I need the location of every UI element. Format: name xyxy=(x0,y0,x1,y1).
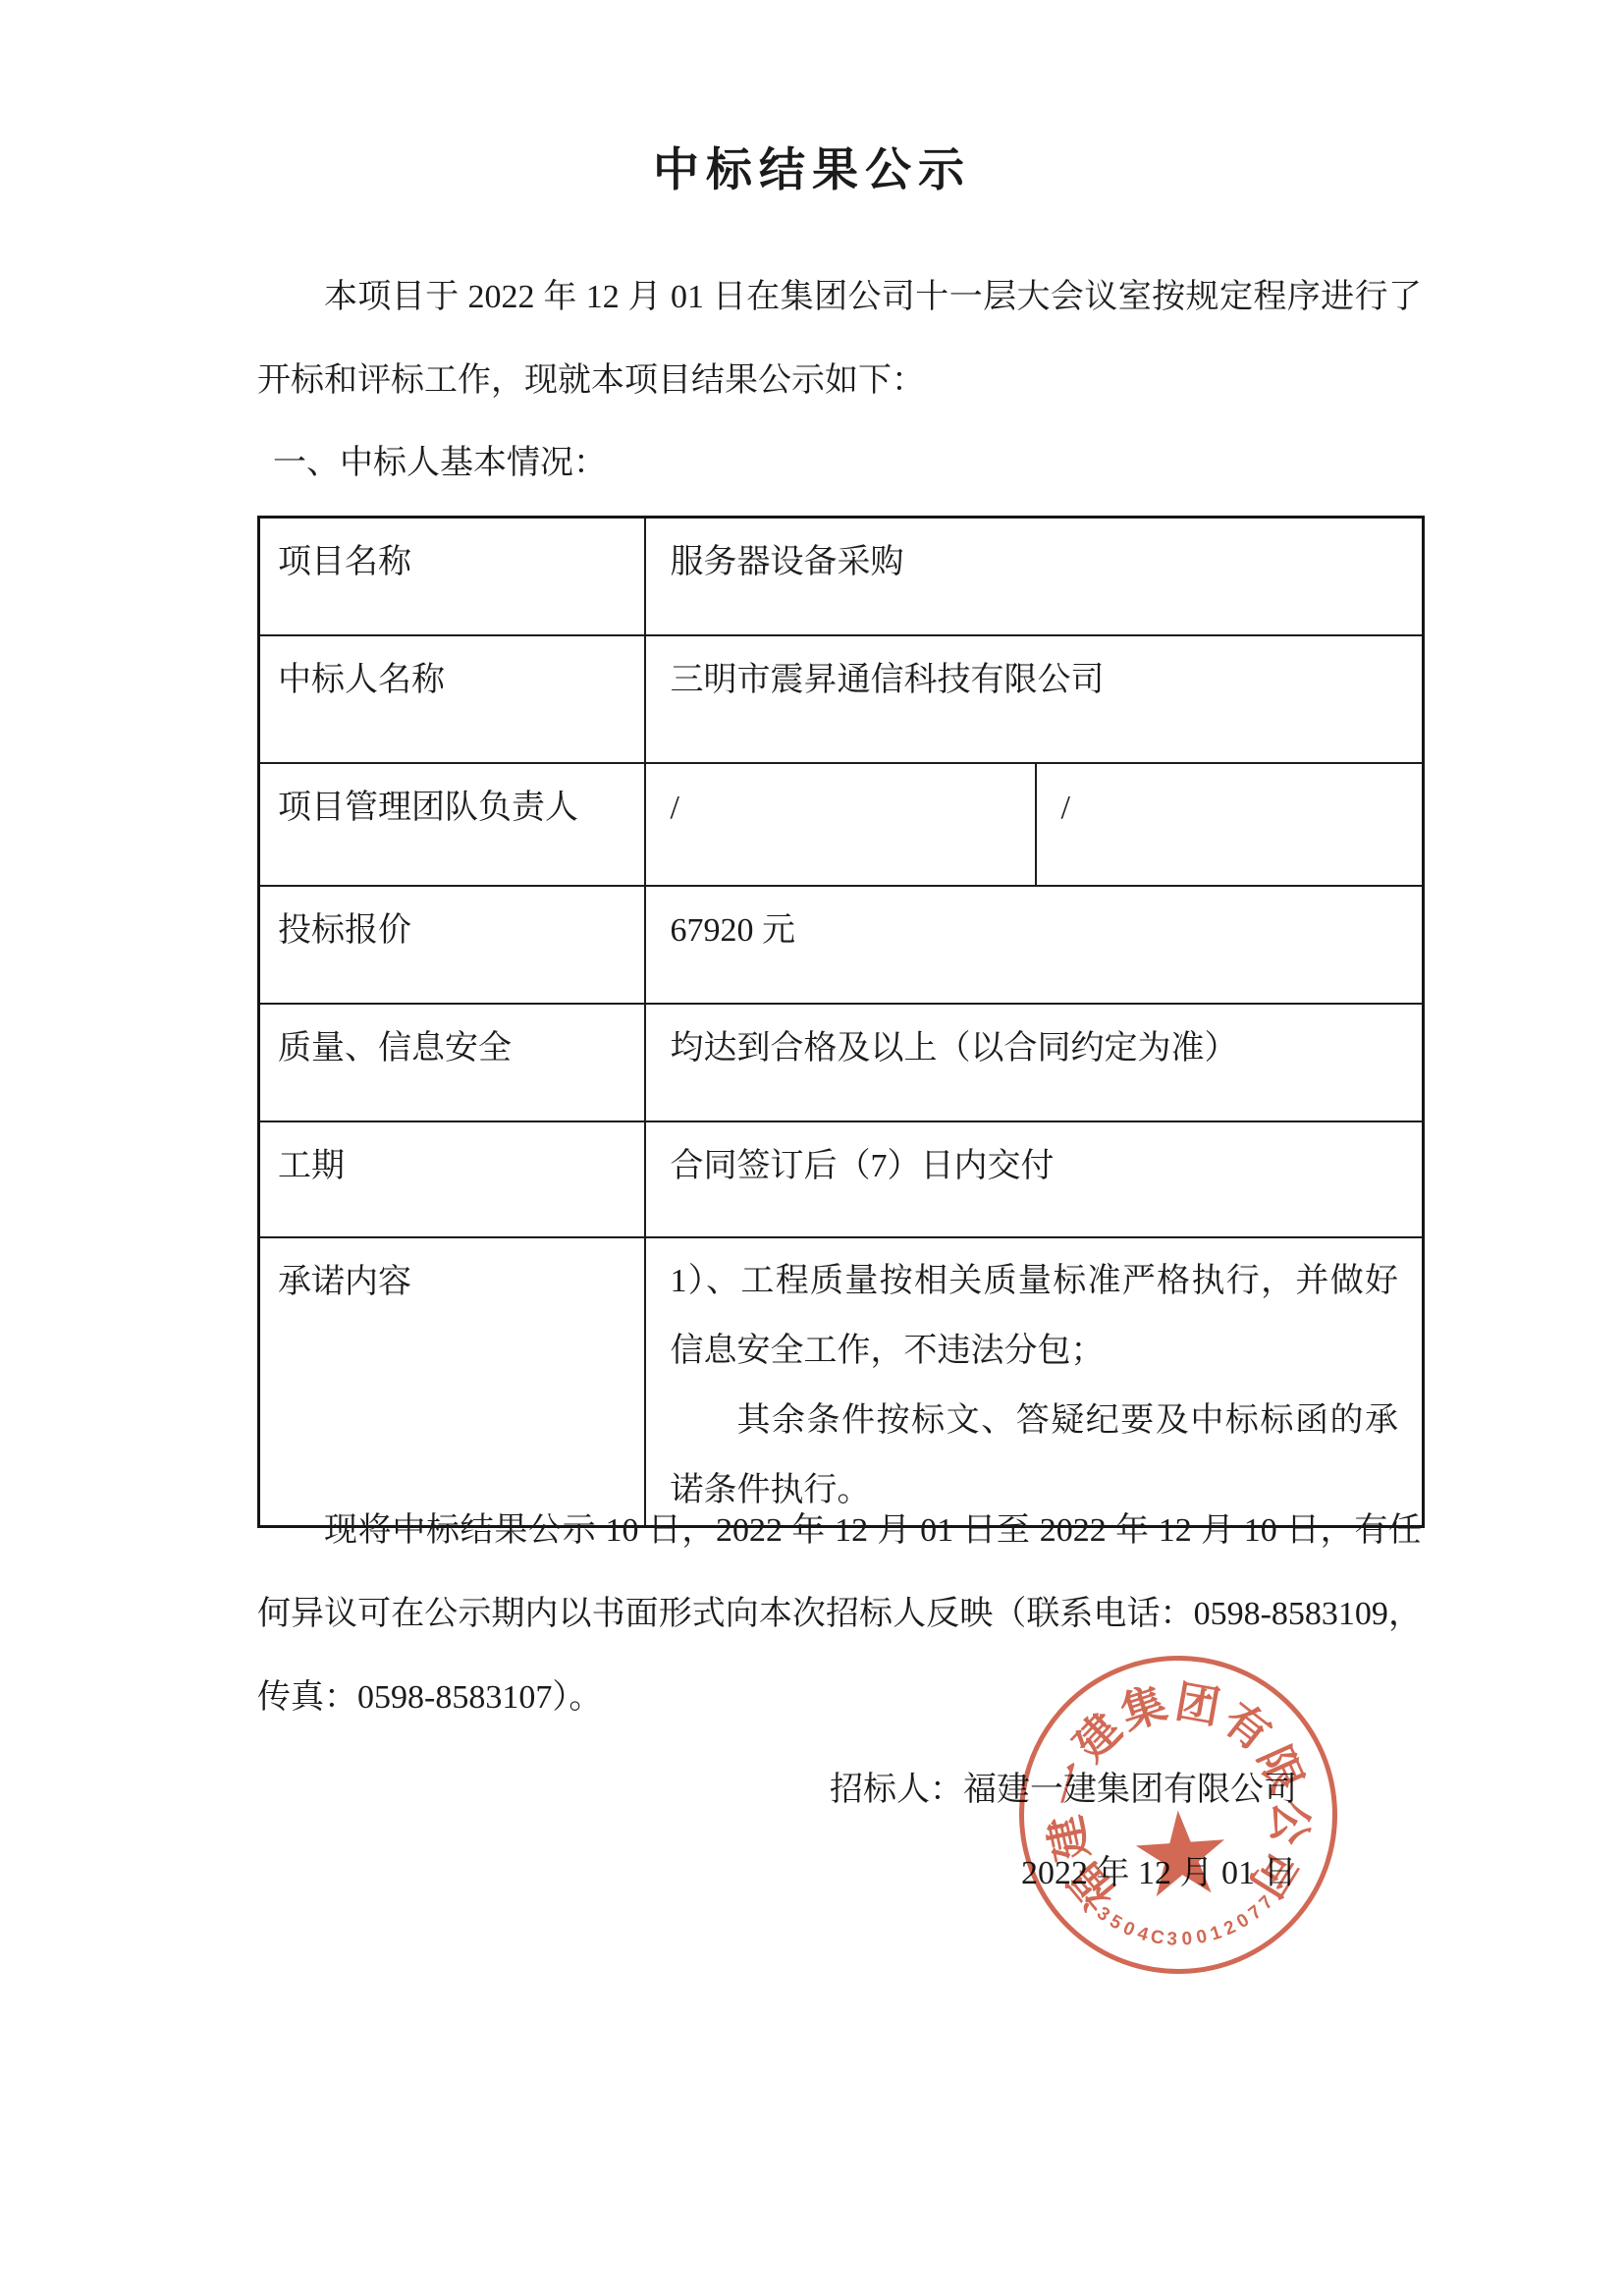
row-value: 均达到合格及以上（以合同约定为准） xyxy=(645,1004,1424,1121)
row-label: 工期 xyxy=(259,1121,645,1237)
row-value: 1）、工程质量按相关质量标准严格执行，并做好信息安全工作，不违法分包； 其余条件… xyxy=(645,1237,1424,1527)
row-label: 中标人名称 xyxy=(259,635,645,763)
table-row-duration: 工期 合同签订后（7）日内交付 xyxy=(259,1121,1424,1237)
row-value: 67920 元 xyxy=(645,886,1424,1004)
section-heading: 一、中标人基本情况： xyxy=(257,434,1422,493)
bid-info-table: 项目名称 服务器设备采购 中标人名称 三明市震昇通信科技有限公司 项目管理团队负… xyxy=(257,516,1425,1528)
row-value-2: / xyxy=(1036,763,1424,886)
table-row-promises: 承诺内容 1）、工程质量按相关质量标准严格执行，并做好信息安全工作，不违法分包；… xyxy=(259,1237,1424,1527)
intro-paragraph: 本项目于 2022 年 12 月 01 日在集团公司十一层大会议室按规定程序进行… xyxy=(257,255,1422,422)
row-value: 合同签订后（7）日内交付 xyxy=(645,1121,1424,1237)
table-row-quality-security: 质量、信息安全 均达到合格及以上（以合同约定为准） xyxy=(259,1004,1424,1121)
row-value: / xyxy=(645,763,1036,886)
row-label: 质量、信息安全 xyxy=(259,1004,645,1121)
row-label: 投标报价 xyxy=(259,886,645,1004)
row-label: 承诺内容 xyxy=(259,1237,645,1527)
promise-line-1: 1）、工程质量按相关质量标准严格执行，并做好信息安全工作，不违法分包； xyxy=(671,1246,1399,1386)
company-seal: 福建一建集团有限公司 ★ 3504C30012077 xyxy=(1008,1645,1348,1985)
seal-star-icon: ★ xyxy=(1125,1794,1237,1917)
row-value: 服务器设备采购 xyxy=(645,518,1424,635)
table-row-bid-price: 投标报价 67920 元 xyxy=(259,886,1424,1004)
row-value: 三明市震昇通信科技有限公司 xyxy=(645,635,1424,763)
document-title: 中标结果公示 xyxy=(0,134,1624,199)
document-page: 中标结果公示 本项目于 2022 年 12 月 01 日在集团公司十一层大会议室… xyxy=(0,0,1624,2296)
row-label: 项目管理团队负责人 xyxy=(259,763,645,886)
row-label: 项目名称 xyxy=(259,518,645,635)
table-row-winner-name: 中标人名称 三明市震昇通信科技有限公司 xyxy=(259,635,1424,763)
table-row-project-name: 项目名称 服务器设备采购 xyxy=(259,518,1424,635)
table-row-team-leader: 项目管理团队负责人 / / xyxy=(259,763,1424,886)
